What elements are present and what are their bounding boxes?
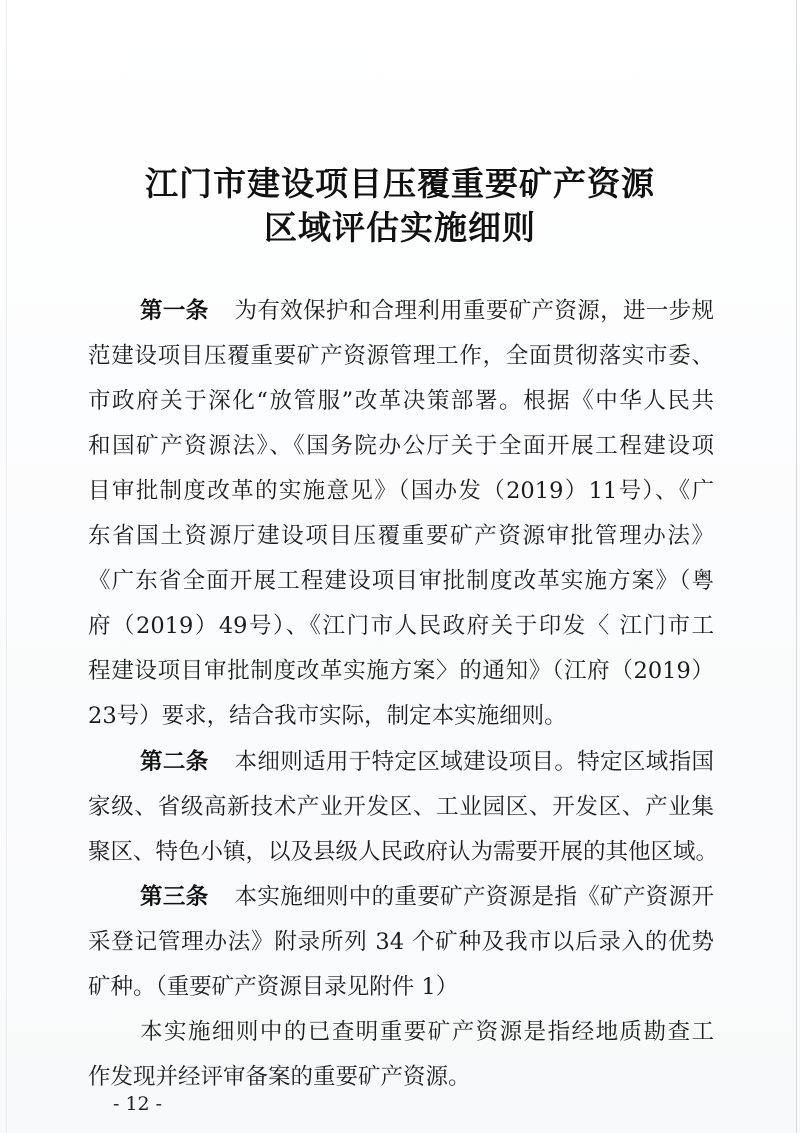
page-number: - 12 -: [113, 1093, 162, 1115]
paragraph-line-1: 本实施细则中的已查明重要矿产资源是指经地质勘查工: [140, 1015, 714, 1049]
article-1-line-9: 程建设项目审批制度改革实施方案〉的通知》（江府（2019）: [88, 654, 714, 688]
article-1-line-5: 目审批制度改革的实施意见》（国办发（2019）11号）、《广: [88, 474, 714, 508]
article-3-label: 第三条: [140, 884, 209, 910]
article-3-line-1: 第三条本实施细则中的重要矿产资源是指《矿产资源开: [140, 880, 714, 914]
article-2-line-1: 第二条本细则适用于特定区域建设项目。特定区域指国: [140, 745, 714, 779]
article-1-line-6: 东省国土资源厅建设项目压覆重要矿产资源审批管理办法》: [88, 519, 714, 553]
article-1-line-4: 和国矿产资源法》、《国务院办公厅关于全面开展工程建设项: [88, 429, 714, 463]
article-1-line-7: 《广东省全面开展工程建设项目审批制度改革实施方案》（粤: [88, 564, 714, 598]
article-1-line-3: 市政府关于深化“放管服”改革决策部署。根据《中华人民共: [88, 384, 714, 418]
article-1-line-10: 23号）要求，结合我市实际，制定本实施细则。: [88, 699, 714, 733]
article-1-line-8: 府（2019）49号）、《江门市人民政府关于印发〈 江门市工: [88, 609, 714, 643]
document-title-line-1: 江门市建设项目压覆重要矿产资源: [0, 158, 800, 205]
article-1-line-1: 第一条为有效保护和合理利用重要矿产资源，进一步规: [140, 294, 714, 328]
article-2-line-3: 聚区、特色小镇，以及县级人民政府认为需要开展的其他区域。: [88, 835, 714, 869]
document-title-line-2: 区域评估实施细则: [0, 202, 800, 249]
document-page: 江门市建设项目压覆重要矿产资源 区域评估实施细则 第一条为有效保护和合理利用重要…: [0, 0, 800, 1133]
article-3-line-2: 采登记管理办法》附录所列 34 个矿种及我市以后录入的优势: [88, 925, 714, 959]
article-3-line-3: 矿种。（重要矿产资源目录见附件 1）: [88, 970, 714, 1004]
article-1-line-2: 范建设项目压覆重要矿产资源管理工作，全面贯彻落实市委、: [88, 339, 714, 373]
article-1-label: 第一条: [140, 298, 209, 324]
article-2-line-2: 家级、省级高新技术产业开发区、工业园区、开发区、产业集: [88, 790, 714, 824]
paragraph-line-2: 作发现并经评审备案的重要矿产资源。: [88, 1060, 714, 1094]
article-2-label: 第二条: [140, 749, 209, 775]
